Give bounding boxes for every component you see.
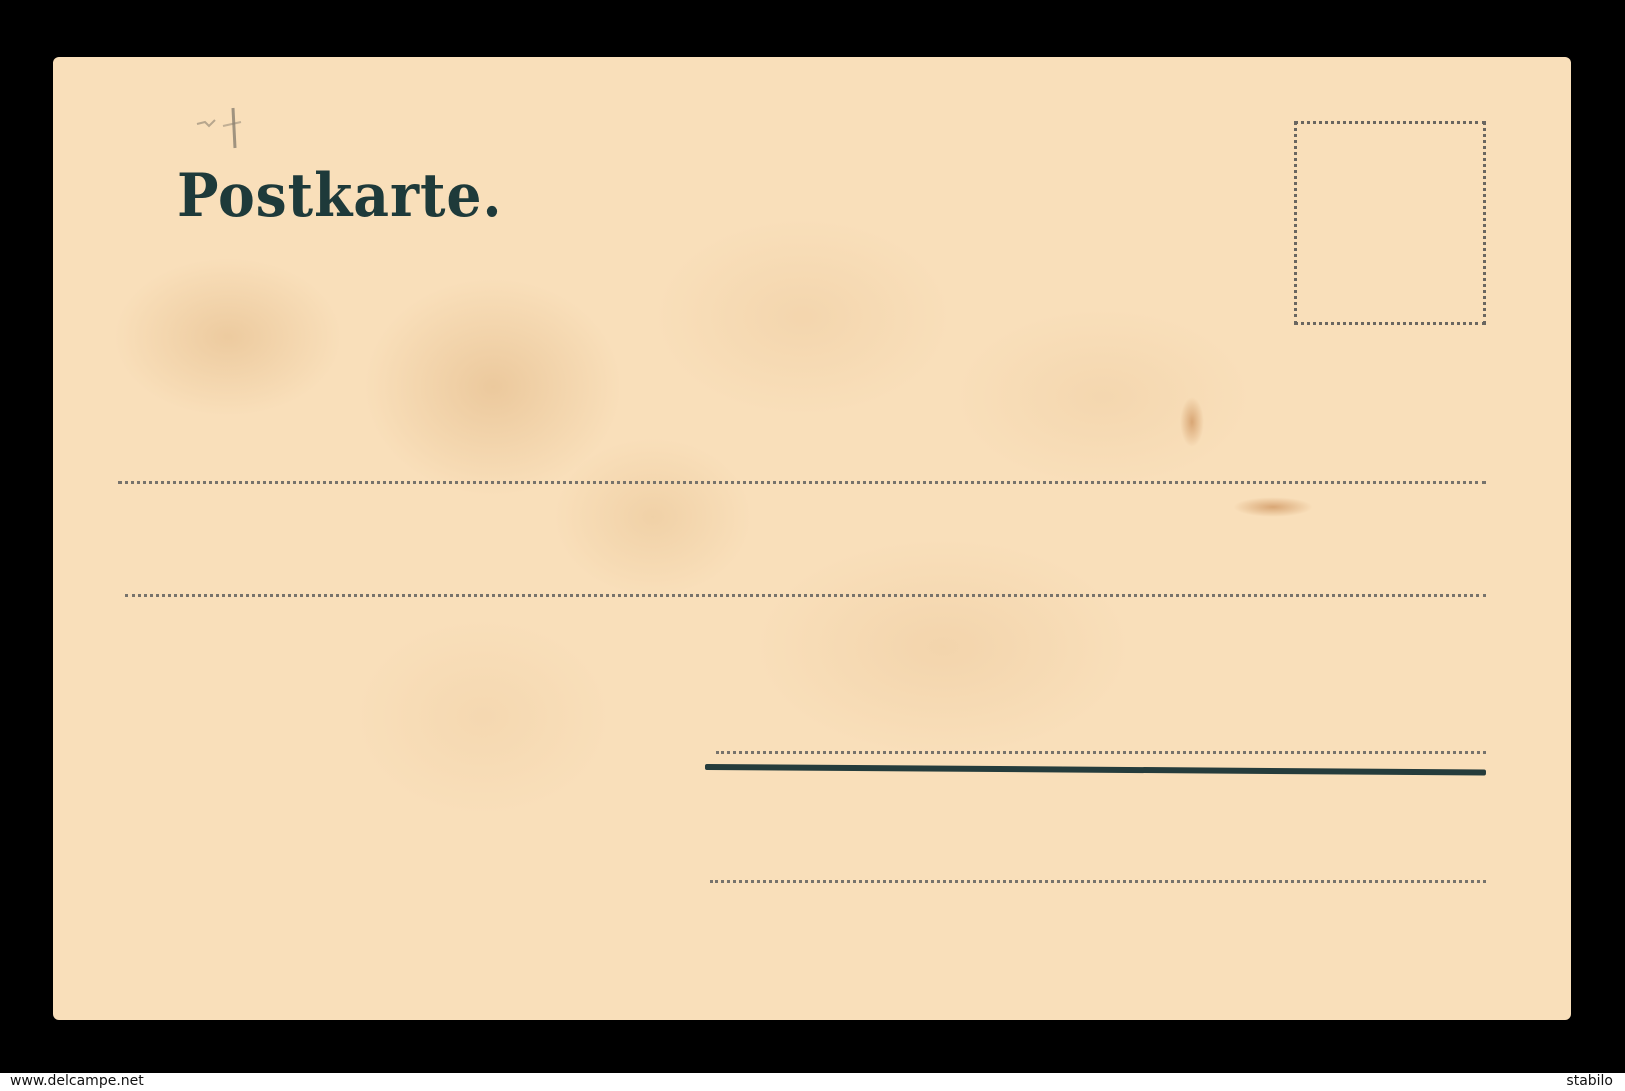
foxing-stain <box>653 217 953 417</box>
address-line-1 <box>118 481 1486 484</box>
postcard-title: Postkarte. <box>177 161 503 231</box>
seller-name: stabilo <box>1566 1073 1613 1089</box>
foxing-stain <box>1233 497 1313 517</box>
pencil-mark <box>193 102 263 152</box>
foxing-stain <box>1180 397 1204 447</box>
footer-bar: www.delcampe.net stabilo <box>0 1073 1625 1091</box>
postcard: Postkarte. <box>53 57 1571 1020</box>
address-line-2 <box>125 594 1486 597</box>
foxing-stain <box>753 537 1133 757</box>
destination-underline <box>705 764 1486 775</box>
foxing-stain <box>363 277 623 497</box>
foxing-stain <box>953 307 1253 487</box>
address-line-4 <box>710 880 1486 883</box>
foxing-stain <box>553 437 753 597</box>
site-watermark: www.delcampe.net <box>10 1073 144 1089</box>
stamp-placeholder-box <box>1294 121 1486 325</box>
foxing-stain <box>353 617 613 817</box>
address-line-3 <box>716 751 1486 754</box>
foxing-stain <box>113 257 343 417</box>
